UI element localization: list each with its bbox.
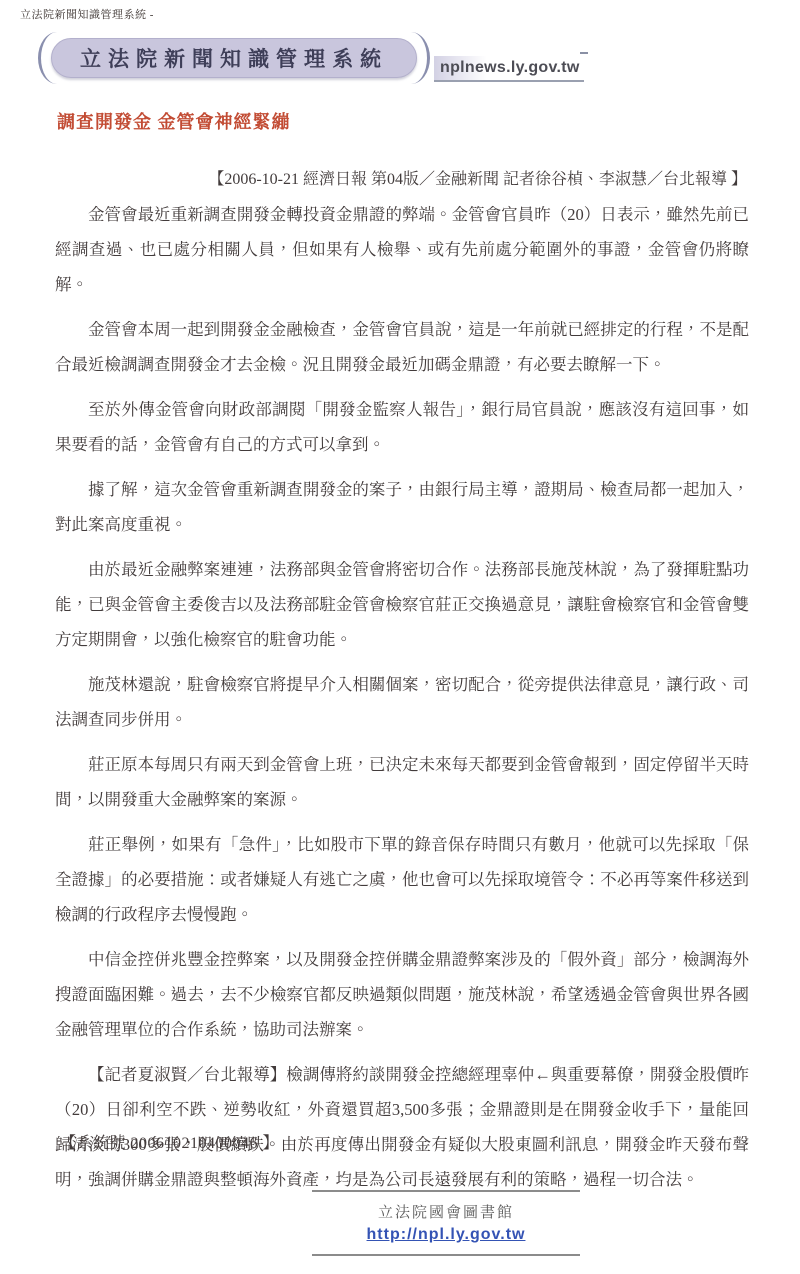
article-headline: 調查開發金 金管會神經緊繃 (57, 108, 291, 134)
footer-bottom-rule (312, 1254, 580, 1256)
system-number: 【系統號 200610210400046 】 (60, 1130, 279, 1153)
system-title: 立法院新聞知識管理系統 (80, 43, 388, 73)
banner-url-tick-decoration (580, 52, 588, 54)
article-body: 【2006-10-21 經濟日報 第04版／金融新聞 記者徐谷楨、李淑慧／台北報… (55, 162, 749, 1207)
article-paragraph: 施茂林還說，駐會檢察官將提早介入相關個案，密切配合，從旁提供法律意見，讓行政、司… (55, 667, 749, 737)
article-paragraph: 中信金控併兆豐金控弊案，以及開發金控併購金鼎證弊案涉及的「假外資」部分，檢調海外… (55, 942, 749, 1047)
banner-right-paren-decoration (411, 32, 430, 84)
banner-pill: 立法院新聞知識管理系統 (51, 38, 417, 78)
article-paragraph: 據了解，這次金管會重新調查開發金的案子，由銀行局主導，證期局、檢查局都一起加入，… (55, 472, 749, 542)
header-banner: 立法院新聞知識管理系統 nplnews.ly.gov.tw (38, 32, 584, 84)
article-paragraph: 莊正原本每周只有兩天到金管會上班，已決定未來每天都要到金管會報到，固定停留半天時… (55, 747, 749, 817)
footer-library-link[interactable]: http://npl.ly.gov.tw (367, 1226, 526, 1244)
page-footer: 立法院國會圖書館 http://npl.ly.gov.tw (312, 1190, 580, 1256)
window-title: 立法院新聞知識管理系統 - (20, 6, 154, 22)
article-byline: 【2006-10-21 經濟日報 第04版／金融新聞 記者徐谷楨、李淑慧／台北報… (55, 162, 749, 197)
article-paragraph: 金管會最近重新調查開發金轉投資金鼎證的弊端。金管會官員昨（20）日表示，雖然先前… (55, 197, 749, 302)
article-paragraph: 由於最近金融弊案連連，法務部與金管會將密切合作。法務部長施茂林說，為了發揮駐點功… (55, 552, 749, 657)
article-paragraph: 金管會本周一起到開發金金融檢查，金管會官員說，這是一年前就已經排定的行程，不是配… (55, 312, 749, 382)
article-paragraph: 莊正舉例，如果有「急件」，比如股市下單的錄音保存時間只有數月，他就可以先採取「保… (55, 827, 749, 932)
banner-url-text: nplnews.ly.gov.tw (434, 59, 580, 77)
article-paragraph: 【記者夏淑賢／台北報導】檢調傳將約談開發金控總經理辜仲←與重要幕僚，開發金股價昨… (55, 1057, 749, 1197)
footer-library-name: 立法院國會圖書館 (312, 1201, 580, 1222)
banner-url-strip: nplnews.ly.gov.tw (434, 56, 584, 82)
article-paragraph: 至於外傳金管會向財政部調閱「開發金監察人報告」，銀行局官員說，應該沒有這回事，如… (55, 392, 749, 462)
footer-top-rule (312, 1190, 580, 1192)
